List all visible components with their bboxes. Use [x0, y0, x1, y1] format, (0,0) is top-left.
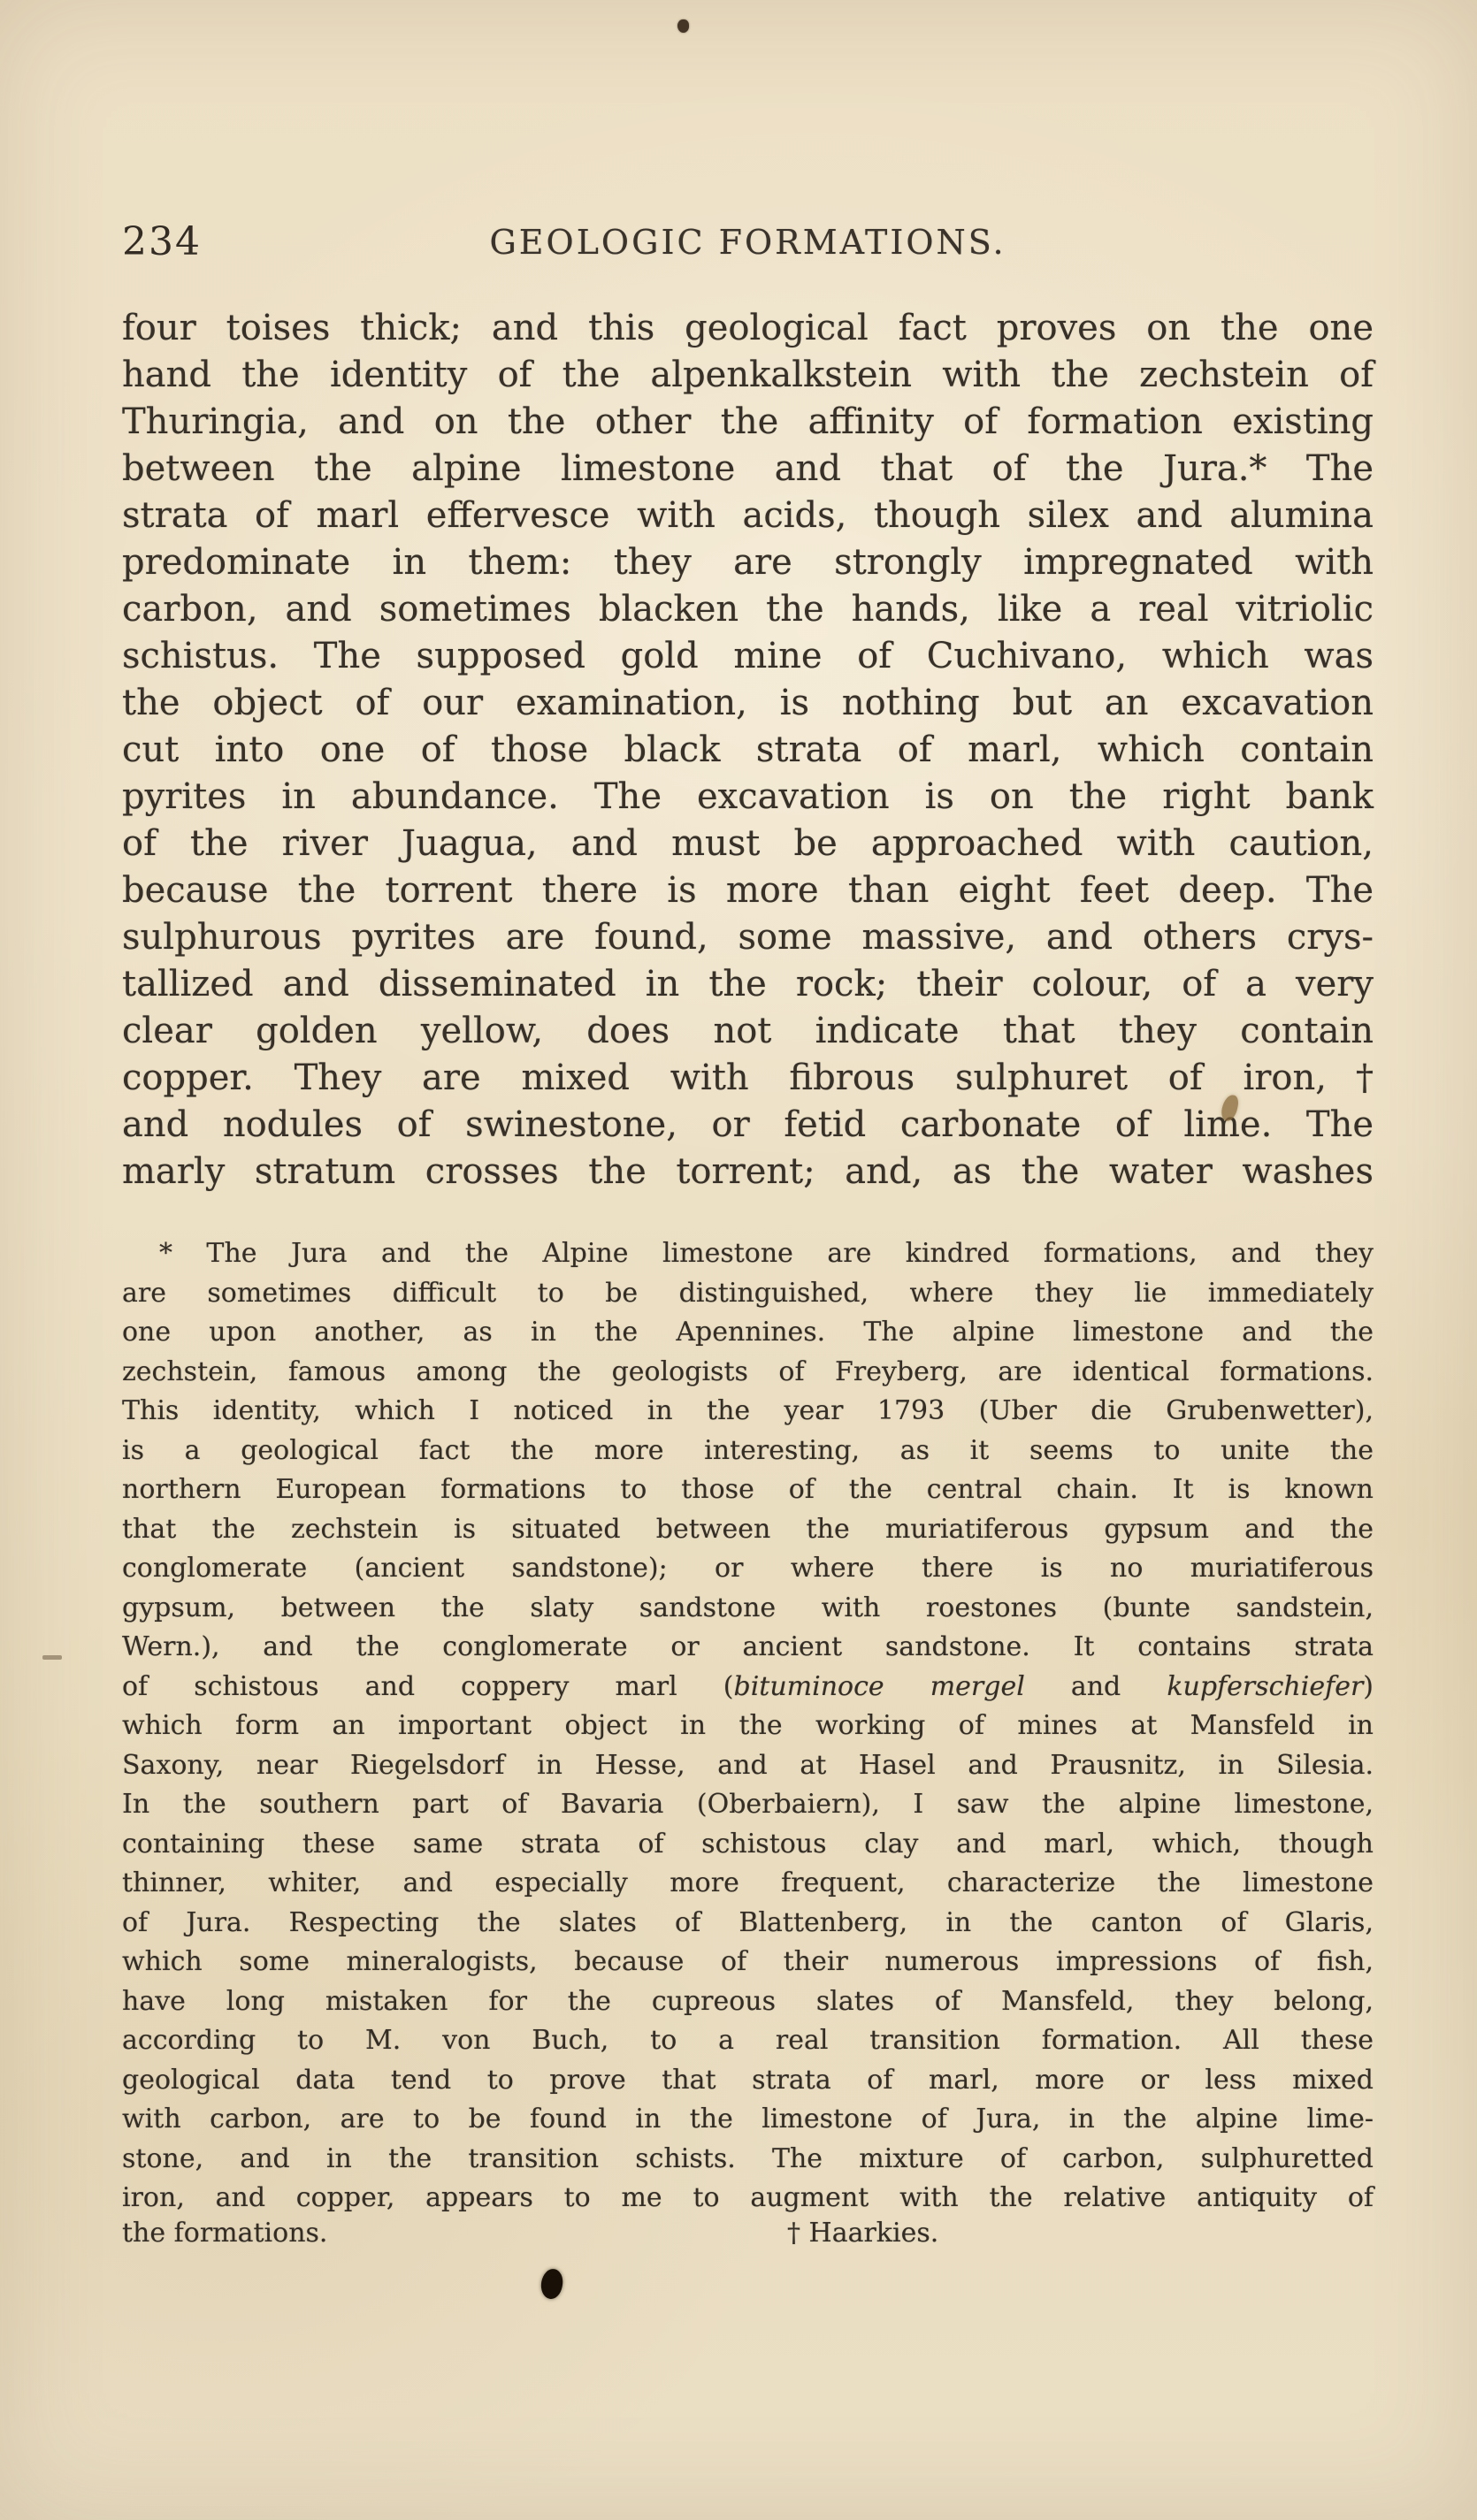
text-line: of schistous and coppery marl (bituminoc… — [122, 1668, 1374, 1707]
text-segment: and — [1025, 1671, 1167, 1702]
text-segment: ) — [1363, 1671, 1374, 1702]
text-line: four toises thick; and this geological f… — [122, 305, 1374, 352]
footnote-dagger-note: † Haarkies. — [787, 2218, 938, 2249]
text-line: the object of our examination, is nothin… — [122, 680, 1374, 727]
text-line: hand the identity of the alpenkalkstein … — [122, 352, 1374, 399]
text-line: clear golden yellow, does not indicate t… — [122, 1008, 1374, 1055]
text-line: which some mineralogists, because of the… — [122, 1943, 1374, 1982]
text-line: one upon another, as in the Apennines. T… — [122, 1313, 1374, 1353]
text-line: Wern.), and the conglomerate or ancient … — [122, 1628, 1374, 1668]
text-line: according to M. von Buch, to a real tran… — [122, 2021, 1374, 2061]
text-line: conglomerate (ancient sandstone); or whe… — [122, 1549, 1374, 1589]
text-line: are sometimes difficult to be distinguis… — [122, 1274, 1374, 1314]
text-segment: of schistous and coppery marl ( — [122, 1671, 733, 1702]
text-line: which form an important object in the wo… — [122, 1707, 1374, 1746]
text-line: gypsum, between the slaty sandstone with… — [122, 1589, 1374, 1629]
italic-text-segment: bituminoce mergel — [733, 1671, 1024, 1702]
text-line: tallized and disseminated in the rock; t… — [122, 961, 1374, 1008]
text-line: In the southern part of Bavaria (Oberbai… — [122, 1785, 1374, 1825]
text-line: This identity, which I noticed in the ye… — [122, 1392, 1374, 1432]
text-line: strata of marl effervesce with acids, th… — [122, 493, 1374, 539]
ink-blot-icon — [539, 2267, 565, 2301]
text-line: predominate in them: they are strongly i… — [122, 539, 1374, 586]
italic-text-segment: kupferschiefer — [1167, 1671, 1363, 1702]
text-line: have long mistaken for the cupreous slat… — [122, 1982, 1374, 2022]
ink-speck-icon — [677, 19, 689, 33]
text-line: carbon, and sometimes blacken the hands,… — [122, 586, 1374, 633]
text-line: that the zechstein is situated between t… — [122, 1510, 1374, 1550]
text-line: geological data tend to prove that strat… — [122, 2061, 1374, 2101]
footnote-block: * The Jura and the Alpine limestone are … — [122, 1234, 1374, 2218]
text-line: containing these same strata of schistou… — [122, 1825, 1374, 1865]
text-line: northern European formations to those of… — [122, 1470, 1374, 1510]
footnote-closing-text: the formations. — [122, 2218, 327, 2249]
text-line: Saxony, near Riegelsdorf in Hesse, and a… — [122, 1746, 1374, 1786]
text-line: sulphurous pyrites are found, some massi… — [122, 914, 1374, 961]
text-line: because the torrent there is more than e… — [122, 867, 1374, 914]
text-line: with carbon, are to be found in the lime… — [122, 2100, 1374, 2140]
text-line: Thuringia, and on the other the affinity… — [122, 399, 1374, 446]
main-paragraph: four toises thick; and this geological f… — [122, 305, 1374, 1195]
text-line: of the river Juagua, and must be approac… — [122, 821, 1374, 867]
footnote-last-line: the formations. † Haarkies. — [122, 2218, 1374, 2257]
text-line: is a geological fact the more interestin… — [122, 1432, 1374, 1471]
text-line: iron, and copper, appears to me to augme… — [122, 2179, 1374, 2218]
book-page-scan: 234 GEOLOGIC FORMATIONS. four toises thi… — [0, 0, 1477, 2520]
text-line: between the alpine limestone and that of… — [122, 446, 1374, 493]
text-line: copper. They are mixed with fibrous sulp… — [122, 1055, 1374, 1102]
text-line: stone, and in the transition schists. Th… — [122, 2140, 1374, 2180]
text-line: zechstein, famous among the geologists o… — [122, 1353, 1374, 1393]
text-line: schistus. The supposed gold mine of Cuch… — [122, 633, 1374, 680]
page-title: GEOLOGIC FORMATIONS. — [122, 223, 1374, 262]
text-line: thinner, whiter, and especially more fre… — [122, 1864, 1374, 1904]
text-line: * The Jura and the Alpine limestone are … — [122, 1234, 1374, 1274]
text-line: pyrites in abundance. The excavation is … — [122, 774, 1374, 821]
margin-mark — [42, 1655, 62, 1660]
text-line: marly stratum crosses the torrent; and, … — [122, 1149, 1374, 1195]
running-head: 234 GEOLOGIC FORMATIONS. — [122, 219, 1374, 260]
text-line: of Jura. Respecting the slates of Blatte… — [122, 1904, 1374, 1943]
text-line: and nodules of swinestone, or fetid carb… — [122, 1102, 1374, 1149]
text-line: cut into one of those black strata of ma… — [122, 727, 1374, 774]
